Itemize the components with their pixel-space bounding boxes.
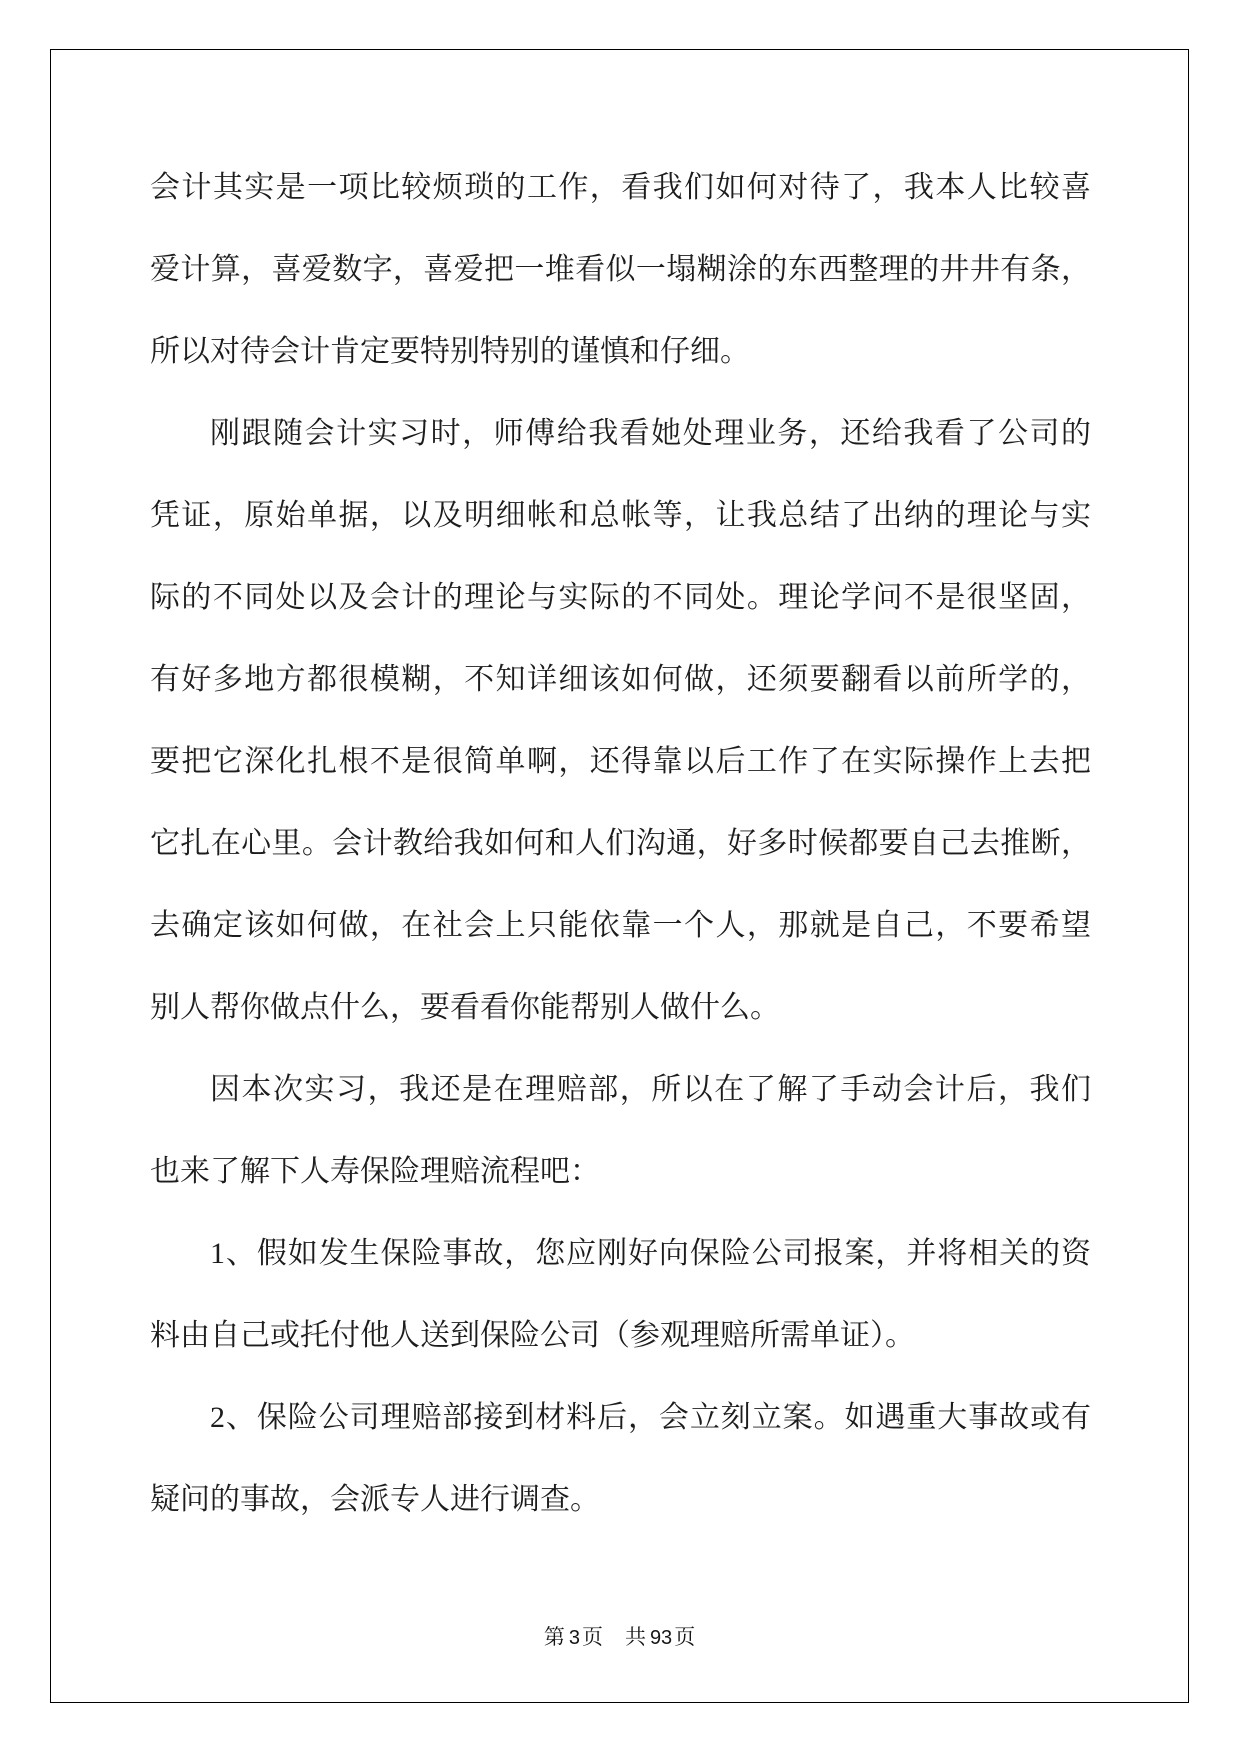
page-footer: 第3页共93页: [0, 1622, 1241, 1653]
text-line: 刚跟随会计实习时，师傅给我看她处理业务，还给我看了公司的: [150, 393, 1091, 475]
text-line: 它扎在心里。会计教给我如何和人们沟通，好多时候都要自己去推断，: [150, 803, 1091, 885]
total-pages: 93: [650, 1627, 672, 1649]
text-line: 际的不同处以及会计的理论与实际的不同处。理论学问不是很坚固，: [150, 557, 1091, 639]
text-line: 疑问的事故，会派专人进行调查。: [150, 1459, 1091, 1541]
text-line: 2、保险公司理赔部接到材料后，会立刻立案。如遇重大事故或有: [150, 1377, 1091, 1459]
text-line: 有好多地方都很模糊，不知详细该如何做，还须要翻看以前所学的，: [150, 639, 1091, 721]
text-line: 料由自己或托付他人送到保险公司（参观理赔所需单证）。: [150, 1295, 1091, 1377]
text-line: 因本次实习，我还是在理赔部，所以在了解了手动会计后，我们: [150, 1049, 1091, 1131]
text-line: 也来了解下人寿保险理赔流程吧：: [150, 1131, 1091, 1213]
text-line: 会计其实是一项比较烦琐的工作，看我们如何对待了，我本人比较喜: [150, 147, 1091, 229]
text-line: 爱计算，喜爱数字，喜爱把一堆看似一塌糊涂的东西整理的井井有条，: [150, 229, 1091, 311]
document-body: 会计其实是一项比较烦琐的工作，看我们如何对待了，我本人比较喜 爱计算，喜爱数字，…: [150, 147, 1091, 1541]
text-line: 凭证，原始单据，以及明细帐和总帐等，让我总结了出纳的理论与实: [150, 475, 1091, 557]
page-number-label-suffix: 页: [582, 1625, 605, 1649]
text-line: 别人帮你做点什么，要看看你能帮别人做什么。: [150, 967, 1091, 1049]
text-line: 要把它深化扎根不是很简单啊，还得靠以后工作了在实际操作上去把: [150, 721, 1091, 803]
page-number-label-prefix: 第: [544, 1625, 567, 1649]
total-pages-label-prefix: 共: [625, 1625, 648, 1649]
page-number: 3: [569, 1627, 580, 1649]
text-line: 去确定该如何做，在社会上只能依靠一个人，那就是自己，不要希望: [150, 885, 1091, 967]
total-pages-label-suffix: 页: [674, 1625, 697, 1649]
text-line: 1、假如发生保险事故，您应刚好向保险公司报案，并将相关的资: [150, 1213, 1091, 1295]
text-line: 所以对待会计肯定要特别特别的谨慎和仔细。: [150, 311, 1091, 393]
document-page: 会计其实是一项比较烦琐的工作，看我们如何对待了，我本人比较喜 爱计算，喜爱数字，…: [0, 0, 1241, 1754]
